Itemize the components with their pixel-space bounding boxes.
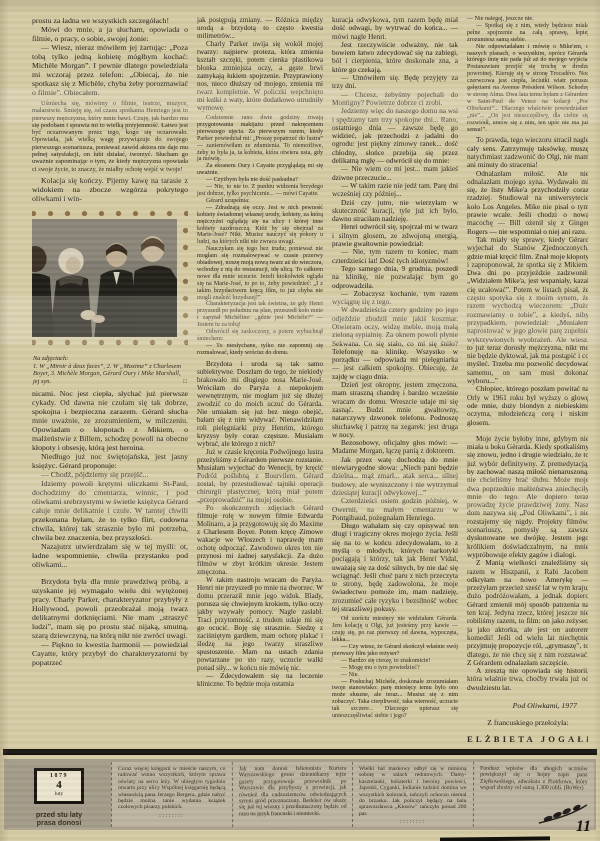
paragraph: Henri odwrócił się, spojrzał mi w twarz … bbox=[332, 223, 458, 248]
paragraph: — Posłuchaj Michèle, doskonale zrozumiał… bbox=[332, 679, 458, 720]
paragraph: Niedługo już noc świętojańska, jest jasn… bbox=[32, 452, 188, 470]
article-column-2: jak postępują zmiany. — Różnica między u… bbox=[197, 16, 323, 746]
paragraph: Charakteryzacja jest tak świetna, że gdy… bbox=[197, 301, 323, 329]
paragraph: ELŻBIETA JOGAŁŁA bbox=[467, 735, 588, 743]
photo-caption: Na zdjęciach: 1. W „Miroir à deux faces”… bbox=[33, 355, 187, 385]
paragraph: — Nie wiem co mi jest... mam jakieś dziw… bbox=[332, 165, 458, 182]
paragraph: — To niesłychane, tylko nie zapomnij się… bbox=[197, 343, 323, 357]
paragraph: Od sześciu miesięcy nie widziałam Gérard… bbox=[332, 616, 458, 644]
paragraph: Charly Parker uwija się wokół mojej twar… bbox=[197, 40, 323, 112]
paragraph: Dzień jest okropny, jestem zmęczona, mam… bbox=[332, 381, 458, 439]
paragraph: Z Manią wielkości znaleźliśmy się razem … bbox=[467, 559, 588, 667]
paragraph: jak postępują zmiany. — Różnica między u… bbox=[197, 16, 323, 40]
page-edge-shadow bbox=[440, 836, 550, 841]
clipping-text: Wielki bal maskowy odbył się w minioną s… bbox=[359, 766, 467, 817]
clipping-text: Coraz więcej księgarń w mieście naszym, … bbox=[118, 766, 226, 810]
column-text-top: prostu za ładna we wszystkich szczegółac… bbox=[32, 16, 188, 203]
paragraph: — Chcesz, żebyśmy pojechali do Montigny?… bbox=[332, 91, 458, 108]
paragraph: Długo wahałam się czy opisywać ten długi… bbox=[332, 522, 458, 613]
press-clipping: Jak nam donosi felietonista Kuriera Wars… bbox=[231, 762, 352, 828]
paragraph: prostu za ładna we wszystkich szczegółac… bbox=[32, 16, 188, 25]
group-photo-image bbox=[32, 219, 177, 337]
calendar-section: 1879 4 luty przed stu laty prasa donosi bbox=[7, 762, 111, 827]
photo-frame-dots-top bbox=[32, 209, 188, 218]
paragraph: — Chodź, pójdziemy się przejść... bbox=[32, 470, 188, 479]
photo-frame-dots-inner-right bbox=[181, 219, 188, 337]
photo-block: 3 Na zdjęciach: 1. W „Miroir à deux face… bbox=[32, 209, 188, 385]
article-column-3: kuracja odwykowa, tym razem będę miał do… bbox=[332, 16, 458, 746]
paragraph: — Czy wiesz, że Gérard skończył właśnie … bbox=[332, 644, 458, 658]
calendar-caption: przed stu laty prasa donosi bbox=[13, 811, 105, 828]
paragraph: Idziemy powoli krętymi uliczkami St-Paul… bbox=[32, 479, 188, 542]
group-photo bbox=[32, 219, 177, 337]
clipping-text: Jak nam donosi felietonista Kuriera Wars… bbox=[238, 766, 346, 817]
calendar-box: 1879 4 luty bbox=[34, 768, 84, 804]
paragraph: Tego samego dnia, 9 grudnia, poszedł na … bbox=[332, 265, 458, 290]
paragraph: — Zobaczysz kochanie, tym razem wyciągnę… bbox=[332, 290, 458, 307]
article-column-1: prostu za ładna we wszystkich szczegółac… bbox=[32, 16, 188, 746]
paragraph: W takim nastroju wracam do Paryża. Henri… bbox=[197, 576, 323, 672]
paragraph: Nauczyłam się tego bez trudu; ponieważ n… bbox=[197, 246, 323, 301]
paragraph: — Nie. bbox=[332, 672, 458, 679]
paragraph: Czterdzieści osiem godzin później, w Owe… bbox=[332, 497, 458, 522]
page-number: 11 bbox=[576, 818, 591, 836]
column-text-bottom: nicami. Noc jest ciepła, słychać już pie… bbox=[32, 389, 188, 667]
paragraph: nicami. Noc jest ciepła, słychać już pie… bbox=[32, 389, 188, 452]
clipping-divider-mark: :::::::: bbox=[359, 819, 467, 825]
paragraph: — Bardzo się cieszę, to znakomicie! bbox=[332, 658, 458, 665]
article-column-4: — Nie nalegaj, jeszcze nie.— Spotkaj się… bbox=[467, 16, 588, 746]
clipping-text: Fundusz wpisów dla ubogich uczniów powię… bbox=[480, 766, 588, 792]
paragraph: Brzydota i uroda są tak samo subiektywne… bbox=[197, 360, 323, 448]
paragraph: — Spotkaj się z nim, wtedy będziesz miał… bbox=[467, 23, 588, 44]
paragraph: Nie odpowiadałam i mówię o Mike'em, o na… bbox=[467, 44, 588, 134]
paragraph: Odnalazłam miłość. Ale nie odnalazłam mo… bbox=[467, 170, 588, 236]
press-clipping: Wielki bal maskowy odbył się w minioną s… bbox=[352, 762, 473, 827]
paragraph: Jedziemy więc do naszego domu na wsi i s… bbox=[332, 107, 458, 165]
paragraph: — Zdecydowałem się na leczenie kliniczne… bbox=[197, 672, 323, 688]
paragraph: Pod Oliwkami, 1977 bbox=[467, 702, 588, 710]
paragraph: Kolacja się kończy. Pijemy kawę na taras… bbox=[32, 176, 188, 203]
paragraph: Z francuskiego przełożyła: bbox=[467, 719, 588, 727]
photo-caption-text: 1. W „Miroir à deux faces”, 2. W „Maxime… bbox=[33, 363, 187, 386]
archive-band: 1879 4 luty przed stu laty prasa donosi … bbox=[4, 759, 596, 830]
press-clipping: Coraz więcej księgarń w mieście naszym, … bbox=[111, 762, 232, 827]
paragraph: Tak miały się sprawy, kiedy Gérard wyjec… bbox=[467, 236, 588, 385]
paragraph: Codziennie rano dwie godziny trwają przy… bbox=[197, 115, 323, 163]
paragraph: Bezosobowy, oficjalny głos mówi: — Madam… bbox=[332, 439, 458, 456]
paragraph: Uśmiecha się, mówimy o filmie, teatrze, … bbox=[32, 100, 188, 173]
paragraph: — Nie nalegaj, jeszcze nie. bbox=[467, 16, 588, 23]
paragraph: A zresztą nie opowiada się historii, któ… bbox=[467, 667, 588, 692]
magazine-page: prostu za ładna we wszystkich szczegółac… bbox=[0, 0, 600, 841]
paragraph: Za ekranem Oury i Cayatte przyglądają mi… bbox=[197, 163, 323, 177]
paragraph: To prawda, tego wieczoru stracił nagle c… bbox=[467, 136, 588, 169]
paragraph: — Umówiłem się. Będę przyjęty za trzy dn… bbox=[332, 74, 458, 91]
paragraph: Odwrócił się zaskoczony, a potem wybuchn… bbox=[197, 329, 323, 343]
paragraph: Jak przez watę dochodzą do mnie niewiary… bbox=[332, 456, 458, 497]
paragraph: — Czyżbym była nie dość paskudna? bbox=[197, 177, 323, 184]
divider-rule bbox=[3, 749, 597, 755]
paragraph: — W takim razie nie jedź tam. Parę dni w… bbox=[332, 182, 458, 199]
paragraph: Gérard uzupełnia: bbox=[197, 198, 323, 205]
paragraph: Moje życie byłoby inne, gdybym nie miała… bbox=[467, 435, 588, 559]
paragraph: — Nie, tym razem to koniec, mam czterdzi… bbox=[332, 248, 458, 265]
article-columns: prostu za ładna we wszystkich szczegółac… bbox=[32, 16, 588, 746]
paragraph: Chłopiec, którego poszłam powitać na Orl… bbox=[467, 385, 588, 426]
caption-end-mark: □ bbox=[183, 378, 187, 386]
paragraph: — Wiesz, nieraz mówiłem jej żartując: „P… bbox=[32, 43, 188, 97]
clipping-divider-mark: :::::::: bbox=[118, 813, 226, 819]
paragraph: Dziś czy jutro, nie wierzyłam w skuteczn… bbox=[332, 199, 458, 224]
paragraph: — Mogę mu o tym powiedzieć? bbox=[332, 665, 458, 672]
paragraph: — Zdradzają się oczy. Jest w nich pewnoś… bbox=[197, 205, 323, 246]
paragraph: Jest rzeczywiście odważny, nie tak bowie… bbox=[332, 41, 458, 74]
photo-caption-title: Na zdjęciach: bbox=[33, 355, 187, 363]
paragraph: — Piękno to kwestia harmonii — powiedzia… bbox=[32, 640, 188, 667]
paragraph: Brzydota była dla mnie prawdziwą próbą, … bbox=[32, 577, 188, 640]
paragraph: — Nie, to nie to. Z punktu widzenia brzy… bbox=[197, 184, 323, 198]
paragraph: Mówi do mnie, a ja słucham, opowiada o f… bbox=[32, 25, 188, 43]
calendar-month: luty bbox=[37, 792, 81, 798]
photo-frame-dots-bottom: 3 bbox=[32, 338, 188, 347]
paragraph: Po skończonych zdjęciach Gérard filmuje … bbox=[197, 504, 323, 576]
paragraph: kuracja odwykowa, tym razem będę miał do… bbox=[332, 16, 458, 41]
paragraph: Już w czasie kręcenia Podwójnego lustra … bbox=[197, 448, 323, 504]
paragraph: W dwadzieścia cztery godziny po jego odj… bbox=[332, 306, 458, 381]
calendar-day: 4 bbox=[37, 780, 81, 791]
paragraph: Nazajutrz utwierdzałam się w tej myśli: … bbox=[32, 542, 188, 569]
